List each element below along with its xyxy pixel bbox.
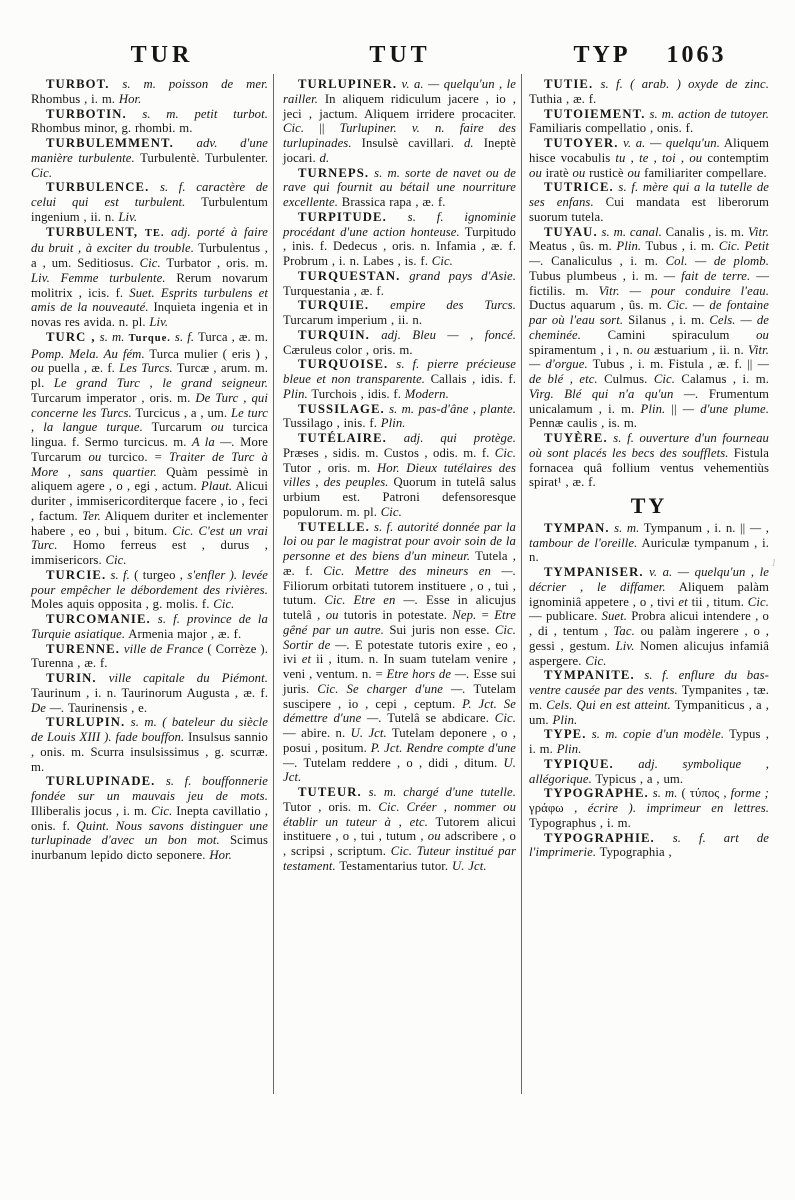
entry-text: adj. Bleu — , foncé. bbox=[370, 328, 516, 342]
entry-text: Cic. bbox=[748, 595, 769, 609]
entry-text: Sui juris non esse. bbox=[384, 623, 495, 637]
entry-text: Plin. bbox=[283, 387, 308, 401]
entry-headword: TURBULEMMENT. bbox=[46, 136, 174, 150]
entry-headword: TUTOIEMENT. bbox=[544, 107, 646, 121]
entry-text: s. f. bbox=[171, 330, 194, 344]
entry-headword: TUSSILAGE. bbox=[298, 402, 385, 416]
entry-text: æstuarium , ii. n. bbox=[650, 343, 748, 357]
entry-headword: TURQUESTAN. bbox=[298, 269, 400, 283]
entry-text: Ductus aquarum , ûs. m. bbox=[529, 298, 667, 312]
entry-text: Plin. bbox=[640, 402, 665, 416]
entry-text: Turcarum bbox=[143, 420, 211, 434]
column-divider-2 bbox=[521, 74, 522, 1094]
entry-headword: TURQUIE. bbox=[298, 298, 369, 312]
dictionary-entry: TURENNE. ville de France ( Corrèze ). Tu… bbox=[31, 642, 268, 672]
entry-text: et bbox=[302, 652, 311, 666]
entry-headword: TURPITUDE. bbox=[298, 210, 387, 224]
entry-text: ou bbox=[326, 608, 339, 622]
entry-text: s. m. chargé d'une tutelle. bbox=[362, 785, 516, 799]
dictionary-entry: TUTIE. s. f. ( arab. ) oxyde de zinc. Tu… bbox=[529, 77, 769, 107]
entry-text: Turque. bbox=[129, 333, 171, 344]
entry-text: A la —. bbox=[192, 435, 235, 449]
entry-text: iratè bbox=[542, 166, 573, 180]
entry-text: Moles aquis opposita , g. molis. f. bbox=[31, 597, 213, 611]
dictionary-entry: TURLUPINER. v. a. — quelqu'un , le raill… bbox=[283, 77, 516, 166]
entry-text: ou bbox=[627, 166, 640, 180]
entry-headword: TUTRICE. bbox=[544, 180, 614, 194]
entry-text: contemptim bbox=[702, 151, 769, 165]
entry-headword: TURC , bbox=[46, 330, 96, 344]
entry-text: — d'une plume. bbox=[683, 402, 769, 416]
entry-headword: TURBOTIN. bbox=[46, 107, 127, 121]
entry-text: s. m. bbox=[610, 521, 640, 535]
entry-text: Cic. Mettre des mineurs en —. bbox=[323, 564, 516, 578]
entry-text: — fait de terre. bbox=[664, 269, 751, 283]
entry-text: Le grand Turc , le grand seigneur. bbox=[54, 376, 268, 390]
entry-text: Illiberalis jocus , i. m. bbox=[31, 804, 151, 818]
column-3: TUTIE. s. f. ( arab. ) oxyde de zinc. Tu… bbox=[529, 77, 769, 860]
entry-headword: TYPE. bbox=[544, 727, 587, 741]
entry-headword: TUYAU. bbox=[544, 225, 598, 239]
entry-text: grand pays d'Asie. bbox=[400, 269, 516, 283]
entry-text: Præses , sidis. m. Custos , odis. m. f. bbox=[283, 446, 495, 460]
entry-headword: TURBULENT, bbox=[46, 225, 138, 239]
entry-text: s. m. copie d'un modèle. bbox=[587, 727, 725, 741]
entry-text: rusticè bbox=[585, 166, 627, 180]
entry-text: = bbox=[476, 608, 494, 622]
entry-text: familiariter compellare. bbox=[640, 166, 766, 180]
entry-text: Camini spiraculum bbox=[581, 328, 756, 342]
entry-text: Rhombus , i. m. bbox=[31, 92, 119, 106]
entry-text: Vitr. — pour conduire l'eau. bbox=[599, 284, 769, 298]
dictionary-entry: TUTÉLAIRE. adj. qui protège. Præses , si… bbox=[283, 431, 516, 520]
entry-headword: TYMPAN. bbox=[544, 521, 610, 535]
entry-text: Turca , æ. m. bbox=[194, 330, 268, 344]
section-heading: TY bbox=[529, 499, 769, 514]
entry-headword: TURLUPINADE. bbox=[46, 774, 155, 788]
entry-headword: TURENNE. bbox=[46, 642, 120, 656]
entry-text: γράφω , bbox=[529, 801, 588, 815]
entry-text: U. Jct. bbox=[351, 726, 387, 740]
entry-text: Plin. bbox=[381, 416, 406, 430]
entry-text: TE. bbox=[138, 228, 164, 239]
entry-text: Tubus , i. m. bbox=[641, 239, 719, 253]
entry-text: s. m. canal. bbox=[598, 225, 662, 239]
entry-text: Turca mulier ( eris ) , bbox=[145, 347, 268, 361]
dictionary-entry: TUTELLE. s. f. autorité donnée par la lo… bbox=[283, 520, 516, 786]
entry-text: Taurinensis , e. bbox=[64, 701, 147, 715]
entry-headword: TYPIQUE. bbox=[544, 757, 614, 771]
entry-text: Cic. bbox=[495, 711, 516, 725]
entry-text: Etre hors de —. bbox=[387, 667, 470, 681]
entry-text: Nep. bbox=[452, 608, 476, 622]
entry-headword: TURCIE. bbox=[46, 568, 106, 582]
entry-text: Cic. Etre en —. bbox=[324, 593, 418, 607]
entry-headword: TURQUIN. bbox=[298, 328, 370, 342]
entry-headword: TURLUPIN. bbox=[46, 715, 125, 729]
entry-text: Rhombus minor, g. rhombi. m. bbox=[31, 121, 192, 135]
entry-headword: TURBULENCE. bbox=[46, 180, 149, 194]
entry-text: In aliquem ridiculum jacere , io , jeci … bbox=[283, 92, 516, 121]
entry-text: Brassica rapa , æ. f. bbox=[338, 195, 446, 209]
entry-text: forme ; bbox=[731, 786, 769, 800]
dictionary-entry: TUTEUR. s. m. chargé d'une tutelle. Tuto… bbox=[283, 785, 516, 874]
entry-headword: TUTIE. bbox=[544, 77, 593, 91]
entry-text: Turcicus , a , um. bbox=[132, 406, 231, 420]
entry-text: Plin. bbox=[616, 239, 641, 253]
entry-headword: TYPOGRAPHIE. bbox=[544, 831, 655, 845]
entry-text: tutoris in potestate. bbox=[339, 608, 453, 622]
entry-text: || bbox=[665, 402, 682, 416]
entry-text: Cic. bbox=[432, 254, 453, 268]
entry-text: Les Turcs. bbox=[119, 361, 173, 375]
dictionary-entry: TYMPAN. s. m. Tympanum , i. n. || — , ta… bbox=[529, 521, 769, 565]
entry-text: d. bbox=[320, 151, 330, 165]
entry-text: Cic. bbox=[585, 654, 606, 668]
entry-text: Turbulentè. Turbulenter. bbox=[135, 151, 268, 165]
entry-text: ou bbox=[637, 343, 650, 357]
entry-text: Tutelam reddere , o , didi , ditum. bbox=[298, 756, 504, 770]
entry-text: Plaut. bbox=[201, 479, 232, 493]
dictionary-entry: TURBULEMMENT. adv. d'une manière turbule… bbox=[31, 136, 268, 180]
entry-text: Armenia major , æ. f. bbox=[125, 627, 241, 641]
entry-text: Liv. bbox=[118, 210, 137, 224]
entry-text: Tac. bbox=[613, 624, 634, 638]
entry-text: Cic. bbox=[381, 505, 402, 519]
entry-text: Testamentarius tutor. bbox=[336, 859, 452, 873]
entry-text: Cæruleus color , oris. m. bbox=[283, 343, 413, 357]
entry-headword: TUTEUR. bbox=[298, 785, 362, 799]
entry-text: Homo ferreus est , durus , immisericors. bbox=[31, 538, 268, 567]
entry-text: s. f. bbox=[106, 568, 130, 582]
entry-text: s. m. petit turbot. bbox=[127, 107, 268, 121]
entry-text: Col. — de plomb. bbox=[666, 254, 769, 268]
entry-text: ou bbox=[31, 361, 44, 375]
dictionary-entry: TYMPANITE. s. f. enflure du bas-ventre c… bbox=[529, 668, 769, 727]
entry-text: Calamus , i. m. bbox=[675, 372, 769, 386]
entry-text: Tuthia , æ. f. bbox=[529, 92, 596, 106]
dictionary-entry: TURPITUDE. s. f. ignominie procédant d'u… bbox=[283, 210, 516, 269]
entry-text: Meatus , ûs. m. bbox=[529, 239, 616, 253]
entry-text: Plin. bbox=[552, 713, 577, 727]
entry-text: Tutor , oris. m. bbox=[283, 800, 378, 814]
dictionary-entry: TYPE. s. m. copie d'un modèle. Typus , i… bbox=[529, 727, 769, 757]
entry-headword: TURBOT. bbox=[46, 77, 110, 91]
entry-text: d. bbox=[464, 136, 474, 150]
entry-text: Pennæ caulis , is. m. bbox=[529, 416, 637, 430]
dictionary-entry: TUTOYER. v. a. — quelqu'un. Aliquem hisc… bbox=[529, 136, 769, 180]
entry-text: Turcarum imperator , oris. m. bbox=[31, 391, 195, 405]
entry-headword: TURCOMANIE. bbox=[46, 612, 151, 626]
entry-headword: TYPOGRAPHE. bbox=[544, 786, 649, 800]
dictionary-entry: TURQUOISE. s. f. pierre précieuse bleue … bbox=[283, 357, 516, 401]
dictionary-entry: TURQUIE. empire des Turcs. Turcarum impe… bbox=[283, 298, 516, 328]
entry-text: Typicus , a , um. bbox=[592, 772, 683, 786]
entry-text: || bbox=[304, 121, 339, 135]
running-head-center: TUT bbox=[282, 42, 518, 69]
dictionary-page-scan: TUR TUT TYP 1063 TURBOT. s. m. poisson d… bbox=[0, 0, 795, 1200]
entry-text: Cic. bbox=[151, 804, 172, 818]
entry-text: Hor. bbox=[209, 848, 232, 862]
entry-text: tii , titum. bbox=[688, 595, 748, 609]
running-head-left: TUR bbox=[32, 42, 292, 69]
running-head-section: TYP bbox=[574, 42, 631, 69]
entry-text: Modern. bbox=[405, 387, 449, 401]
entry-text: Pomp. Mela. Au fém. bbox=[31, 347, 145, 361]
entry-text: s. m. pas-d'âne , plante. bbox=[385, 402, 516, 416]
entry-text: Tubus , i. m. Fistula , æ. f. || bbox=[588, 357, 758, 371]
entry-text: Turcarum imperium , ii. n. bbox=[283, 313, 422, 327]
entry-text: Culmus. bbox=[598, 372, 654, 386]
dictionary-entry: TURCOMANIE. s. f. province de la Turquie… bbox=[31, 612, 268, 642]
entry-text: U. Jct. bbox=[452, 859, 487, 873]
entry-text: Plin. bbox=[557, 742, 582, 756]
entry-text: Ter. bbox=[82, 509, 101, 523]
entry-text: ( turgeo , bbox=[130, 568, 187, 582]
entry-text: Callais , idis. f. bbox=[425, 372, 516, 386]
entry-text: Canaliculus , i. m. bbox=[544, 254, 666, 268]
dictionary-entry: TYMPANISER. v. a. — quelqu'un , le décri… bbox=[529, 565, 769, 668]
entry-text: spiramentum , i , n. bbox=[529, 343, 637, 357]
entry-text: imprimeur en lettres. bbox=[636, 801, 769, 815]
entry-headword: TYMPANITE. bbox=[544, 668, 635, 682]
entry-text: Hor. bbox=[119, 92, 142, 106]
entry-text: Cic. bbox=[283, 121, 304, 135]
dictionary-entry: TUTRICE. s. f. mère qui a la tutelle de … bbox=[529, 180, 769, 224]
entry-text: Turbator , oris. m. bbox=[161, 256, 268, 270]
margin-print-artifact: 1 bbox=[771, 557, 777, 569]
entry-text: Familiaris compellatio , onis. f. bbox=[529, 121, 693, 135]
entry-headword: TUTÉLAIRE. bbox=[298, 431, 387, 445]
entry-text: ( τύπος , bbox=[678, 786, 731, 800]
entry-headword: TUTELLE. bbox=[298, 520, 370, 534]
entry-text: Virg. Blé qui n'a qu'un —. bbox=[529, 387, 698, 401]
dictionary-entry: TYPIQUE. adj. symbolique , allégorique. … bbox=[529, 757, 769, 787]
entry-headword: TUYÈRE. bbox=[544, 431, 608, 445]
entry-text: De —. bbox=[31, 701, 64, 715]
dictionary-entry: TURBOTIN. s. m. petit turbot. Rhombus mi… bbox=[31, 107, 268, 137]
dictionary-entry: TURLUPIN. s. m. ( bateleur du siècle de … bbox=[31, 715, 268, 774]
entry-text: Canalis , is. m. bbox=[662, 225, 748, 239]
dictionary-entry: TURCIE. s. f. ( turgeo , s'enfler ). lev… bbox=[31, 568, 268, 612]
entry-text: Tubus plumbeus , i. m. bbox=[529, 269, 664, 283]
page-number: 1063 bbox=[667, 42, 727, 69]
entry-text: turcico. = bbox=[101, 450, 169, 464]
entry-text: Insulsè cavillari. bbox=[352, 136, 464, 150]
running-head-right: TYP 1063 bbox=[528, 42, 772, 69]
dictionary-entry: TURNEPS. s. m. sorte de navet ou de rave… bbox=[283, 166, 516, 210]
dictionary-entry: TUSSILAGE. s. m. pas-d'âne , plante. Tus… bbox=[283, 402, 516, 432]
column-2: TURLUPINER. v. a. — quelqu'un , le raill… bbox=[283, 77, 516, 874]
entry-text: écrire ). bbox=[588, 801, 636, 815]
column-1: TURBOT. s. m. poisson de mer. Rhombus , … bbox=[31, 77, 268, 863]
entry-text: s. f. ( arab. ) oxyde de zinc. bbox=[593, 77, 769, 91]
entry-text: Cic. bbox=[654, 372, 675, 386]
dictionary-entry: TURQUESTAN. grand pays d'Asie. Turquesta… bbox=[283, 269, 516, 299]
entry-text: Silanus , i. m. bbox=[623, 313, 709, 327]
entry-text: s. m. bbox=[649, 786, 678, 800]
entry-text: Tutor , oris. m. bbox=[283, 461, 377, 475]
dictionary-entry: TURBOT. s. m. poisson de mer. Rhombus , … bbox=[31, 77, 268, 107]
entry-headword: TURQUOISE. bbox=[298, 357, 388, 371]
entry-text: tu , te , toi , ou bbox=[615, 151, 702, 165]
entry-text: Cic. Se charger d'une —. bbox=[317, 682, 465, 696]
entry-text: s. m. poisson de mer. bbox=[110, 77, 268, 91]
entry-text: s. m. action de tutoyer. bbox=[646, 107, 769, 121]
entry-text: Taurinum , i. n. Taurinorum Augusta , æ.… bbox=[31, 686, 268, 700]
dictionary-entry: TURLUPINADE. s. f. bouffonnerie fondée s… bbox=[31, 774, 268, 863]
entry-text: Cic. bbox=[495, 446, 516, 460]
dictionary-entry: TYPOGRAPHE. s. m. ( τύπος , forme ; γράφ… bbox=[529, 786, 769, 830]
entry-text: ou bbox=[428, 829, 441, 843]
entry-text: Liv. bbox=[149, 315, 168, 329]
dictionary-entry: TURQUIN. adj. Bleu — , foncé. Cæruleus c… bbox=[283, 328, 516, 358]
dictionary-entry: TURBULENCE. s. f. caractère de celui qui… bbox=[31, 180, 268, 224]
entry-headword: TURLUPINER. bbox=[298, 77, 397, 91]
entry-text: Tympanum , i. n. || bbox=[639, 521, 749, 535]
entry-text: Turquestania , æ. f. bbox=[283, 284, 384, 298]
entry-text: puella , æ. f. bbox=[44, 361, 119, 375]
entry-text: Cic. bbox=[106, 553, 127, 567]
entry-text: Tutelâ se abdicare. bbox=[382, 711, 495, 725]
entry-text: Suet. bbox=[602, 609, 628, 623]
dictionary-entry: TUYÈRE. s. f. ouverture d'un fourneau où… bbox=[529, 431, 769, 490]
entry-text: ou bbox=[756, 328, 769, 342]
dictionary-entry: TURIN. ville capitale du Piémont. Taurin… bbox=[31, 671, 268, 715]
entry-text: v. a. — quelqu'un. bbox=[619, 136, 721, 150]
entry-text: ou bbox=[529, 166, 542, 180]
dictionary-entry: TUYAU. s. m. canal. Canalis , is. m. Vit… bbox=[529, 225, 769, 432]
entry-headword: TURNEPS. bbox=[298, 166, 369, 180]
entry-text: Turchois , idis. f. bbox=[308, 387, 405, 401]
entry-headword: TUTOYER. bbox=[544, 136, 619, 150]
entry-text: ou bbox=[572, 166, 585, 180]
entry-text: Typographus , i. m. bbox=[529, 816, 631, 830]
entry-text: Tussilago , inis. f. bbox=[283, 416, 381, 430]
entry-text: Liv. bbox=[616, 639, 635, 653]
entry-text: Cic. bbox=[140, 256, 161, 270]
dictionary-entry: TUTOIEMENT. s. m. action de tutoyer. Fam… bbox=[529, 107, 769, 137]
entry-text: adj. qui protège. bbox=[387, 431, 516, 445]
entry-text: Vitr. bbox=[748, 225, 769, 239]
entry-text: ville de France bbox=[120, 642, 203, 656]
entry-headword: TURIN. bbox=[46, 671, 97, 685]
entry-text: ou bbox=[211, 420, 224, 434]
entry-text: et bbox=[678, 595, 687, 609]
entry-text: — publicare. bbox=[529, 609, 602, 623]
entry-text: Cels. Qui en est atteint. bbox=[546, 698, 671, 712]
entry-text: Cic. bbox=[213, 597, 234, 611]
entry-text: empire des Turcs. bbox=[369, 298, 516, 312]
column-divider-1 bbox=[273, 74, 274, 1094]
entry-text: Typographia , bbox=[596, 845, 672, 859]
dictionary-entry: TYPOGRAPHIE. s. f. art de l'imprimerie. … bbox=[529, 831, 769, 861]
entry-text: Cic. bbox=[31, 166, 52, 180]
entry-text: Liv. Femme turbulente. bbox=[31, 271, 166, 285]
entry-text: s. m. bbox=[96, 330, 129, 344]
entry-text: ou bbox=[88, 450, 101, 464]
dictionary-entry: TURBULENT, TE. adj. porté à faire du bru… bbox=[31, 225, 268, 330]
entry-text: — abire. n. bbox=[283, 726, 351, 740]
entry-headword: TYMPANISER. bbox=[544, 565, 644, 579]
dictionary-entry: TURC , s. m. Turque. s. f. Turca , æ. m.… bbox=[31, 330, 268, 568]
entry-text: ville capitale du Piémont. bbox=[97, 671, 268, 685]
